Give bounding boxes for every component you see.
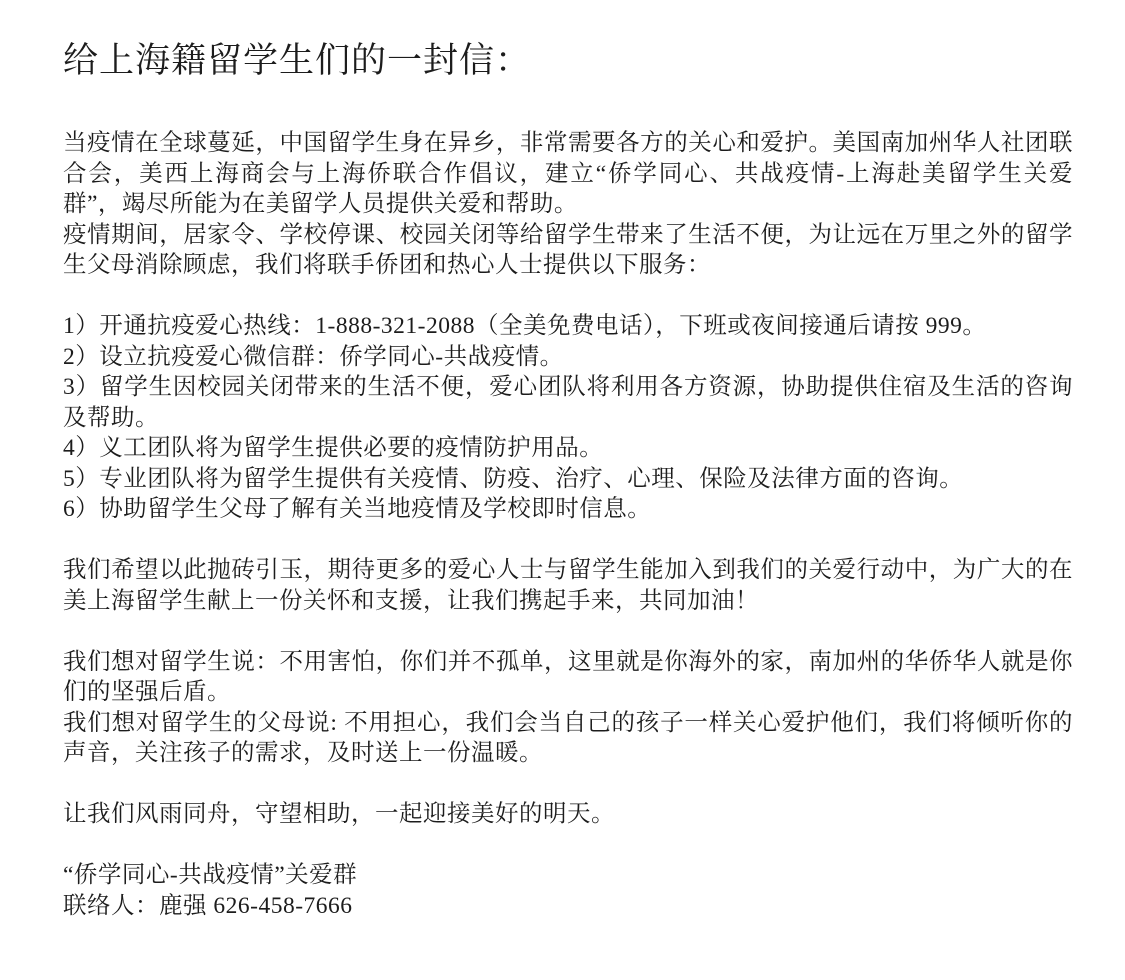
service-list: 1）开通抗疫爱心热线：1-888-321-2088（全美免费电话），下班或夜间接… — [63, 311, 1073, 525]
blank-line — [63, 281, 1073, 312]
signature-contact-line: 联络人：鹿强 626-458-7666 — [63, 891, 1073, 922]
letter-title: 给上海籍留学生们的一封信： — [63, 40, 1073, 82]
service-item-parent-information: 6）协助留学生父母了解有关当地疫情及学校即时信息。 — [63, 494, 1073, 525]
service-item-hotline: 1）开通抗疫爱心热线：1-888-321-2088（全美免费电话），下班或夜间接… — [63, 311, 1073, 342]
service-item-professional-consulting: 5）专业团队将为留学生提供有关疫情、防疫、治疗、心理、保险及法律方面的咨询。 — [63, 464, 1073, 495]
paragraph-pandemic-situation: 疫情期间，居家令、学校停课、校园关闭等给留学生带来了生活不便，为让远在万里之外的… — [63, 220, 1073, 281]
blank-line — [63, 616, 1073, 647]
blank-line — [63, 769, 1073, 800]
letter-body: 当疫情在全球蔓延，中国留学生身在异乡，非常需要各方的关心和爱护。美国南加州华人社… — [63, 128, 1073, 921]
service-item-protective-supplies: 4）义工团队将为留学生提供必要的疫情防护用品。 — [63, 433, 1073, 464]
service-item-wechat-group: 2）设立抗疫爱心微信群：侨学同心-共战疫情。 — [63, 342, 1073, 373]
signature-group-name: “侨学同心-共战疫情”关爱群 — [63, 860, 1073, 891]
paragraph-intro: 当疫情在全球蔓延，中国留学生身在异乡，非常需要各方的关心和爱护。美国南加州华人社… — [63, 128, 1073, 220]
paragraph-closing: 让我们风雨同舟，守望相助，一起迎接美好的明天。 — [63, 799, 1073, 830]
blank-line — [63, 525, 1073, 556]
paragraph-to-students: 我们想对留学生说：不用害怕，你们并不孤单，这里就是你海外的家，南加州的华侨华人就… — [63, 647, 1073, 708]
paragraph-to-parents: 我们想对留学生的父母说: 不用担心，我们会当自己的孩子一样关心爱护他们，我们将倾… — [63, 708, 1073, 769]
blank-line — [63, 830, 1073, 861]
service-item-housing-help: 3）留学生因校园关闭带来的生活不便，爱心团队将利用各方资源，协助提供住宿及生活的… — [63, 372, 1073, 433]
letter-page: 给上海籍留学生们的一封信： 当疫情在全球蔓延，中国留学生身在异乡，非常需要各方的… — [0, 0, 1125, 980]
paragraph-call-to-action: 我们希望以此抛砖引玉，期待更多的爱心人士与留学生能加入到我们的关爱行动中，为广大… — [63, 555, 1073, 616]
